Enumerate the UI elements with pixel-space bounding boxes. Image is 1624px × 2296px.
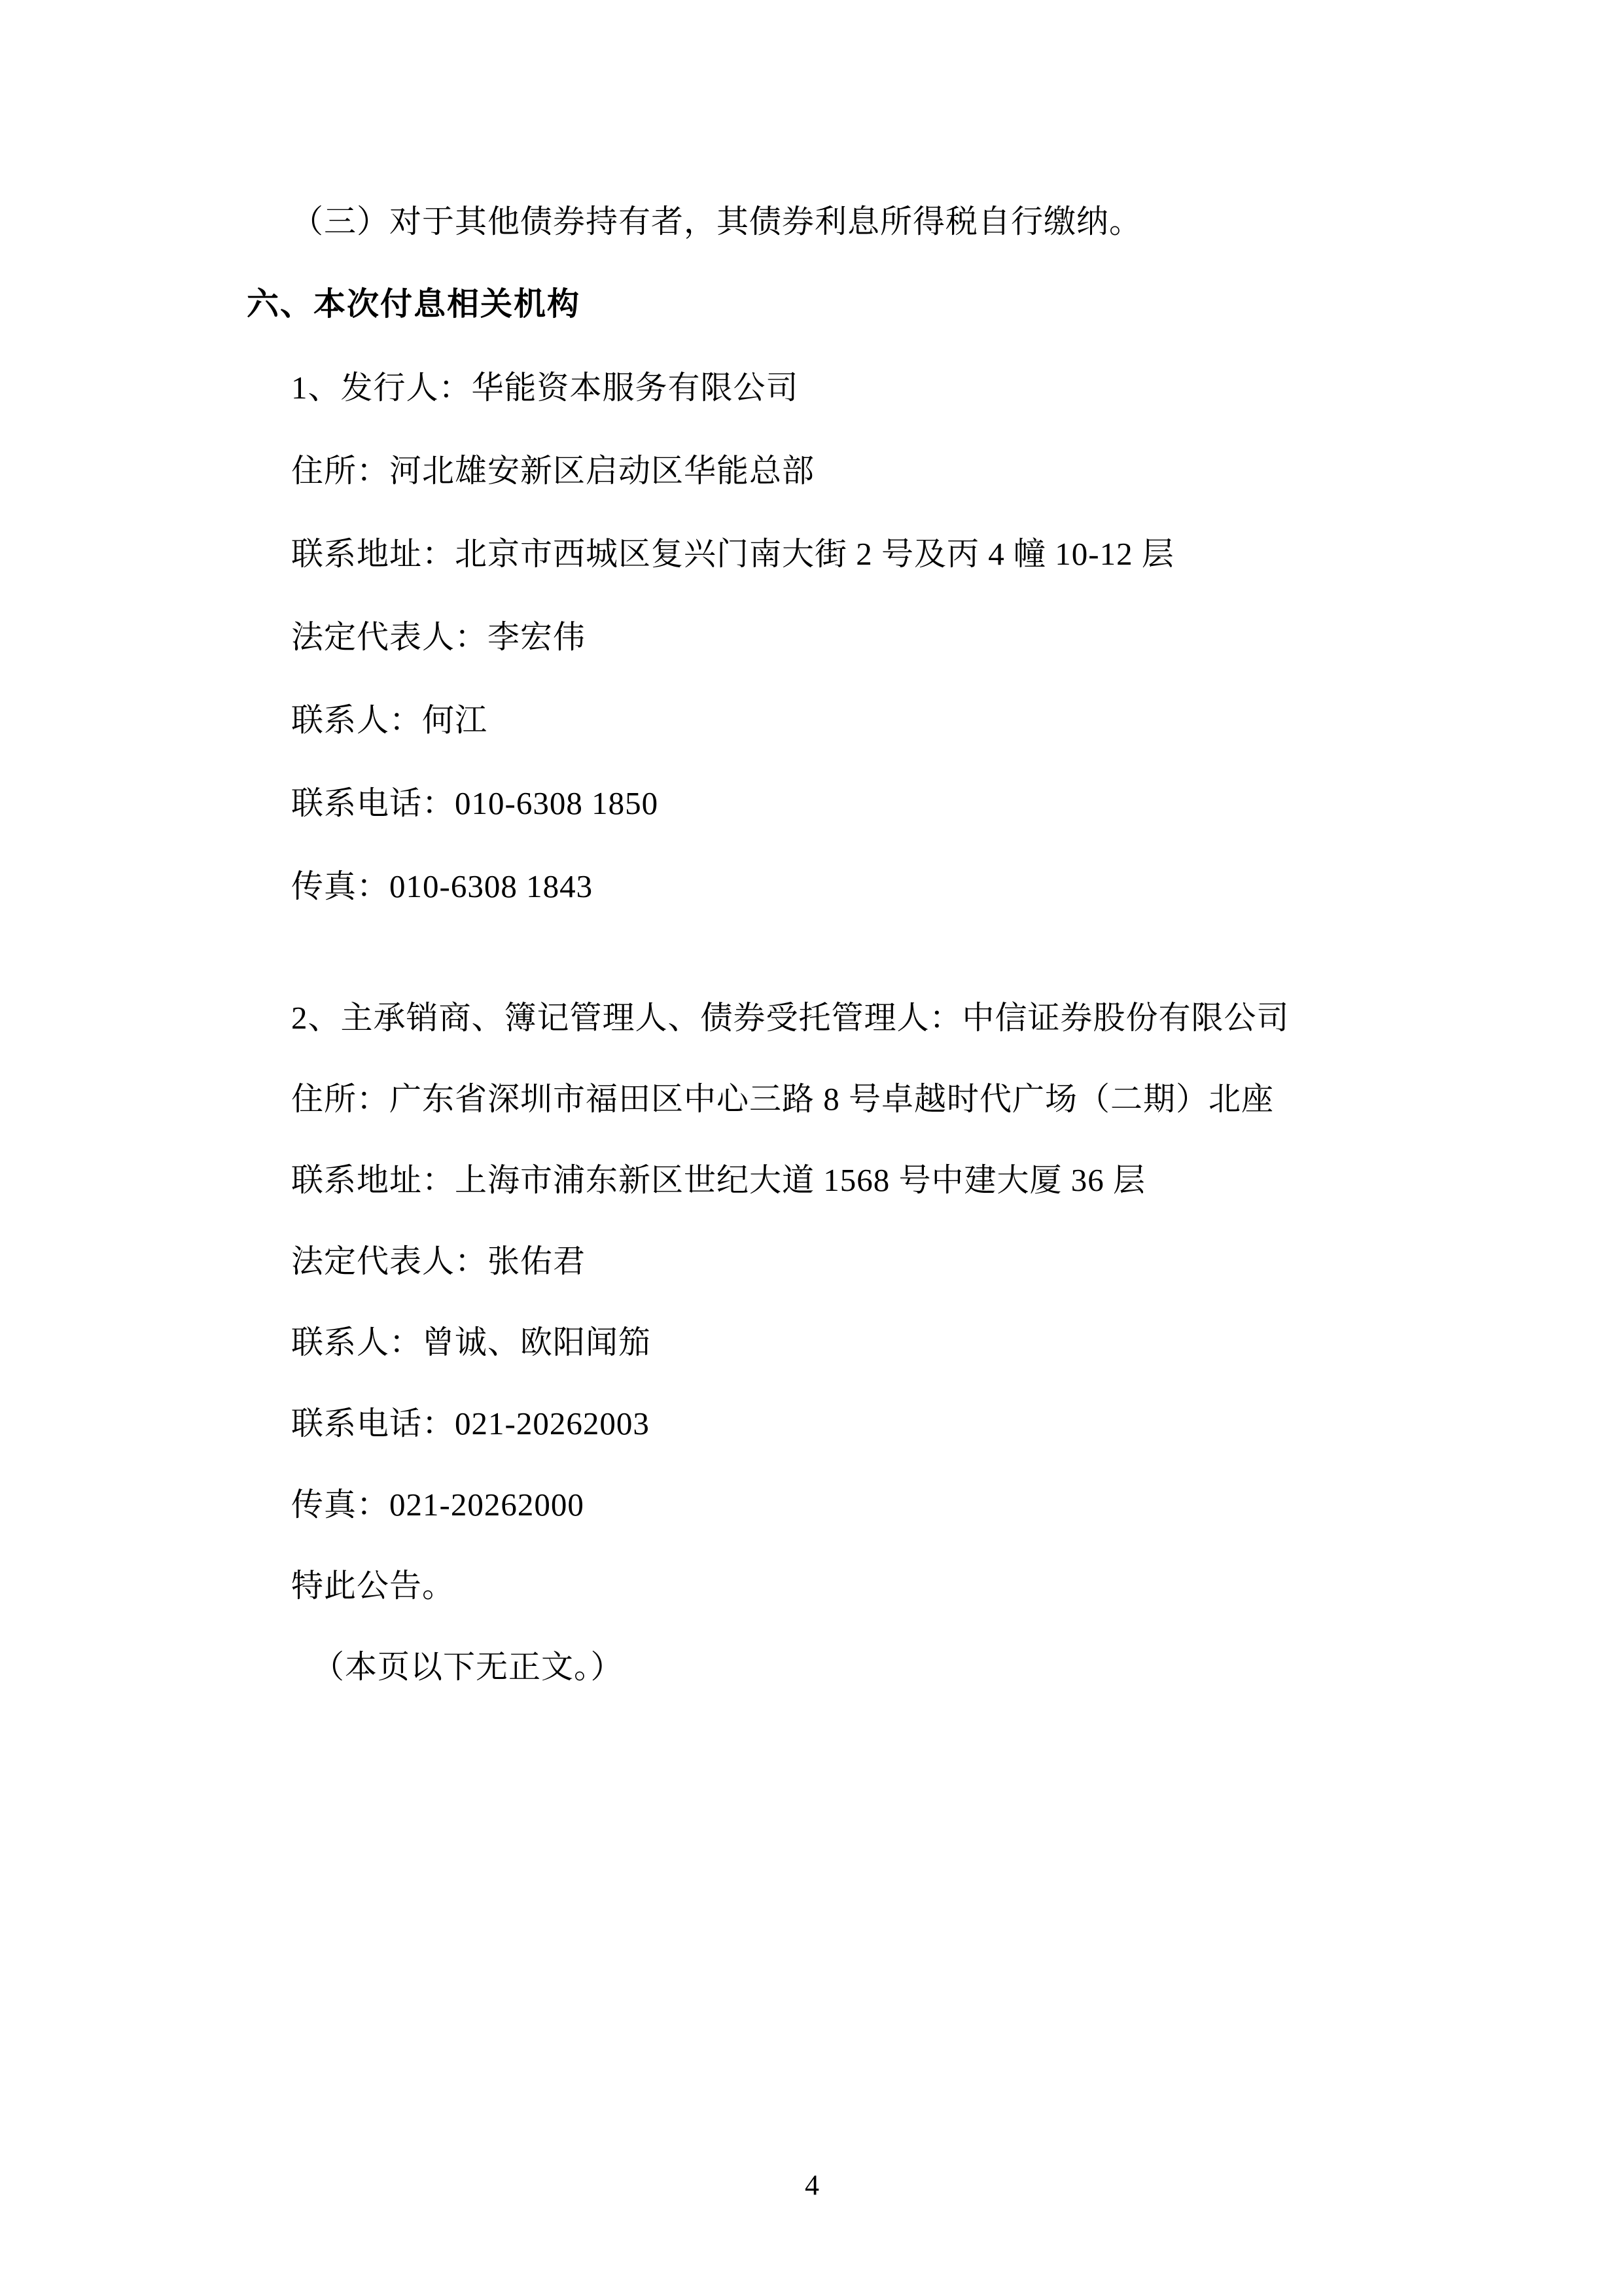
section-heading: 六、本次付息相关机构 <box>247 263 1388 346</box>
issuer-legal-representative: 法定代表人：李宏伟 <box>247 595 1388 679</box>
underwriter-section: 2、主承销商、簿记管理人、债券受托管理人：中信证券股份有限公司 住所：广东省深圳… <box>247 978 1388 1708</box>
issuer-contact-address: 联系地址：北京市西城区复兴门南大街 2 号及丙 4 幢 10-12 层 <box>247 512 1388 595</box>
no-text-below-note: （本页以下无正文。） <box>247 1627 1388 1708</box>
underwriter-contact-person: 联系人：曾诚、欧阳闻笳 <box>247 1302 1388 1383</box>
section-spacer <box>247 928 1388 978</box>
underwriter-contact-address: 联系地址：上海市浦东新区世纪大道 1568 号中建大厦 36 层 <box>247 1140 1388 1221</box>
underwriter-title: 2、主承销商、簿记管理人、债券受托管理人：中信证券股份有限公司 <box>247 978 1388 1059</box>
issuer-title: 1、发行人：华能资本服务有限公司 <box>247 346 1388 429</box>
issuer-phone: 联系电话：010-6308 1850 <box>247 762 1388 845</box>
issuer-fax: 传真：010-6308 1843 <box>247 845 1388 928</box>
tax-and-issuer-section: （三）对于其他债券持有者，其债券利息所得税自行缴纳。 六、本次付息相关机构 1、… <box>247 180 1388 928</box>
document-page: （三）对于其他债券持有者，其债券利息所得税自行缴纳。 六、本次付息相关机构 1、… <box>0 0 1624 2296</box>
page-number: 4 <box>0 2171 1624 2200</box>
document-body: （三）对于其他债券持有者，其债券利息所得税自行缴纳。 六、本次付息相关机构 1、… <box>247 180 1388 1708</box>
underwriter-address: 住所：广东省深圳市福田区中心三路 8 号卓越时代广场（二期）北座 <box>247 1059 1388 1140</box>
tax-note-paragraph: （三）对于其他债券持有者，其债券利息所得税自行缴纳。 <box>247 180 1388 263</box>
issuer-address: 住所：河北雄安新区启动区华能总部 <box>247 429 1388 512</box>
underwriter-phone: 联系电话：021-20262003 <box>247 1383 1388 1464</box>
closing-statement: 特此公告。 <box>247 1545 1388 1627</box>
issuer-contact-person: 联系人：何江 <box>247 679 1388 762</box>
underwriter-fax: 传真：021-20262000 <box>247 1464 1388 1545</box>
underwriter-legal-representative: 法定代表人：张佑君 <box>247 1221 1388 1302</box>
